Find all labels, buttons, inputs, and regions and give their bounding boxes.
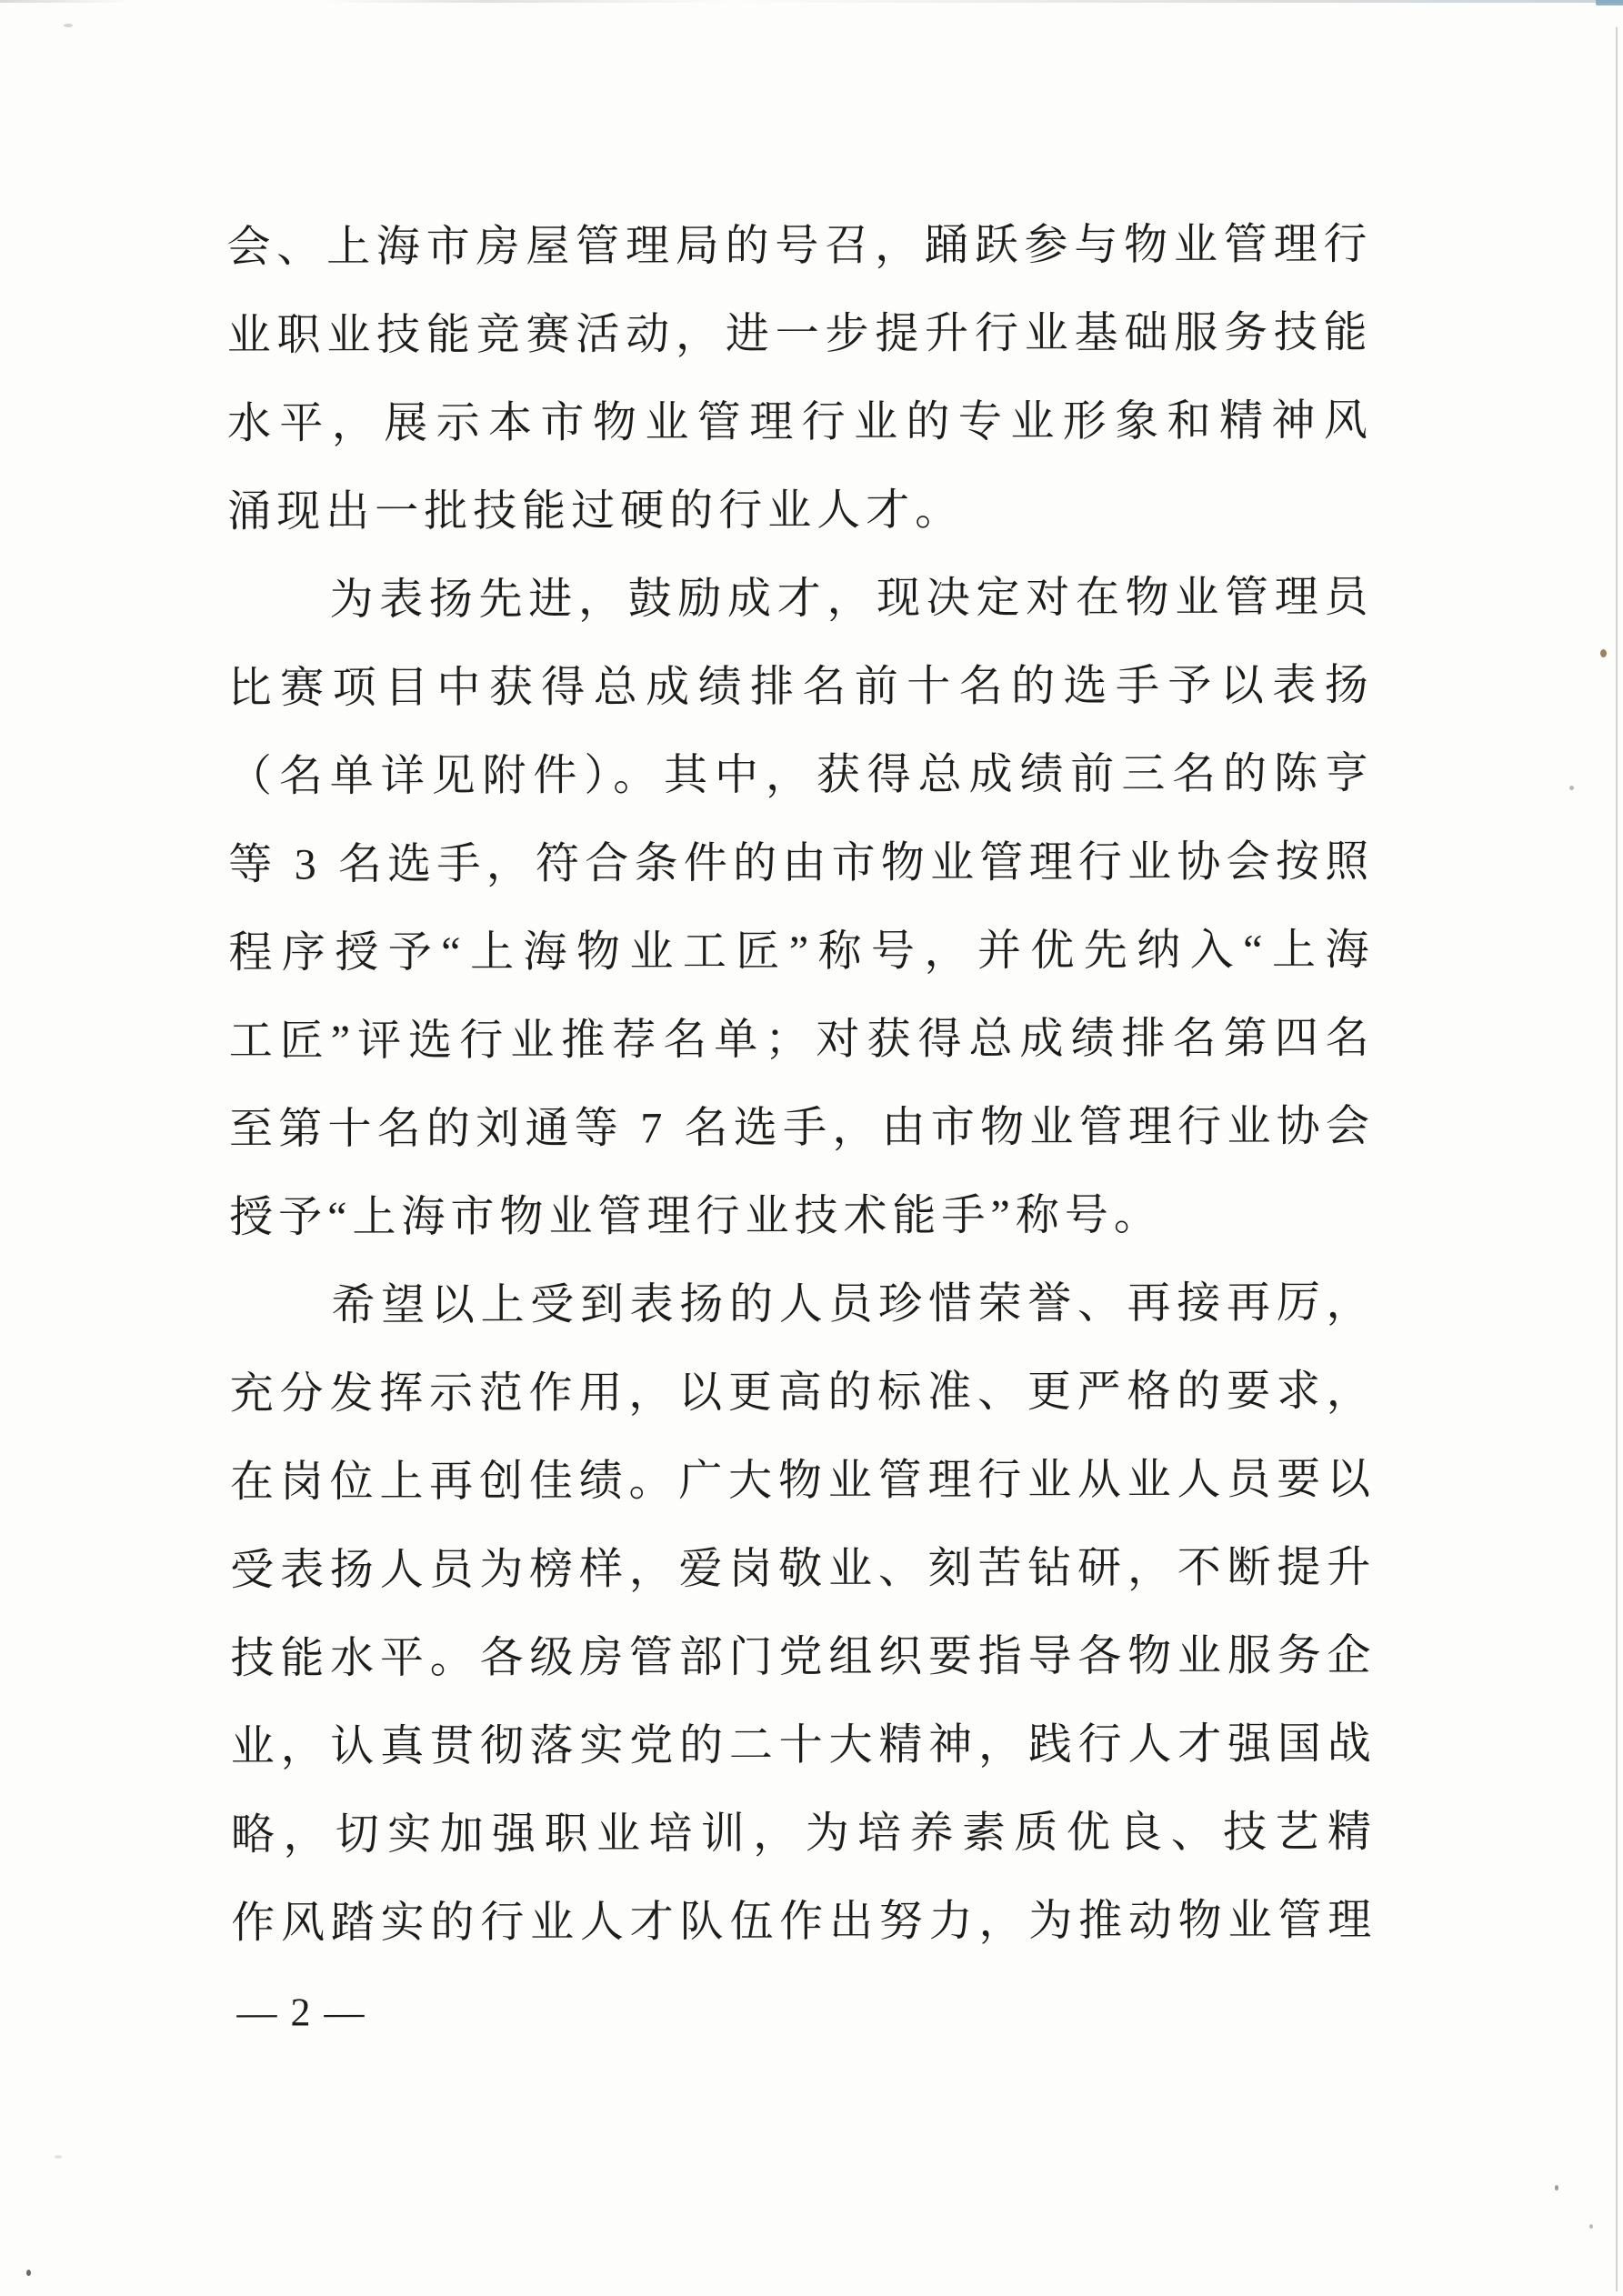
text-line: 技能水平。各级房管部门党组织要指导各物业服务企 [230,1611,1376,1702]
text-line: （名单详见附件）。其中，获得总成绩前三名的陈亨 [228,729,1374,820]
text-line: 至第十名的刘通等 7 名选手，由市物业管理行业协会 [229,1082,1375,1173]
text-line: 程序授予“上海物业工匠”称号，并优先纳入“上海 [228,906,1374,997]
text-line: 受表扬人员为榜样，爱岗敬业、刻苦钻研，不断提升 [230,1523,1376,1614]
text-line: 授予“上海市物业管理行业技术能手”称号。 [229,1170,1375,1261]
text-line: 充分发挥示范作用，以更高的标准、更严格的要求， [230,1347,1376,1438]
text-line: 比赛项目中获得总成绩排名前十名的选手予以表扬 [228,641,1374,732]
text-line: 涌现出一批技能过硬的行业人才。 [227,465,1373,556]
text-line: 会、上海市房屋管理局的号召，踊跃参与物业管理行 [226,200,1372,291]
text-line: 在岗位上再创佳绩。广大物业管理行业从业人员要以 [230,1435,1376,1526]
page-number: — 2 — [236,1983,366,2041]
text-line: 水平，展示本市物业管理行业的专业形象和精神风貌， [227,376,1373,467]
text-line: 业，认真贯彻落实党的二十大精神，践行人才强国战 [231,1699,1377,1790]
text-line: 略，切实加强职业培训，为培养素质优良、技艺精湛、 [231,1788,1377,1879]
text-line: 希望以上受到表扬的人员珍惜荣誉、再接再厉， [229,1258,1375,1349]
scanned-text-block: 会、上海市房屋管理局的号召，踊跃参与物业管理行 业职业技能竞赛活动，进一步提升行… [0,0,1623,2296]
text-line: 作风踏实的行业人才队伍作出努力，为推动物业管理 [231,1876,1377,1967]
text-line: 等 3 名选手，符合条件的由市物业管理行业协会按照 [228,817,1374,908]
text-line: 业职业技能竞赛活动，进一步提升行业基础服务技能 [227,288,1373,379]
text-line: 为表扬先进，鼓励成才，现决定对在物业管理员 [227,553,1373,644]
text-line: 工匠”评选行业推荐名单；对获得总成绩排名第四名 [229,994,1375,1085]
document-page: 会、上海市房屋管理局的号召，踊跃参与物业管理行 业职业技能竞赛活动，进一步提升行… [0,0,1623,2296]
body-text: 会、上海市房屋管理局的号召，踊跃参与物业管理行 业职业技能竞赛活动，进一步提升行… [226,200,1377,1967]
